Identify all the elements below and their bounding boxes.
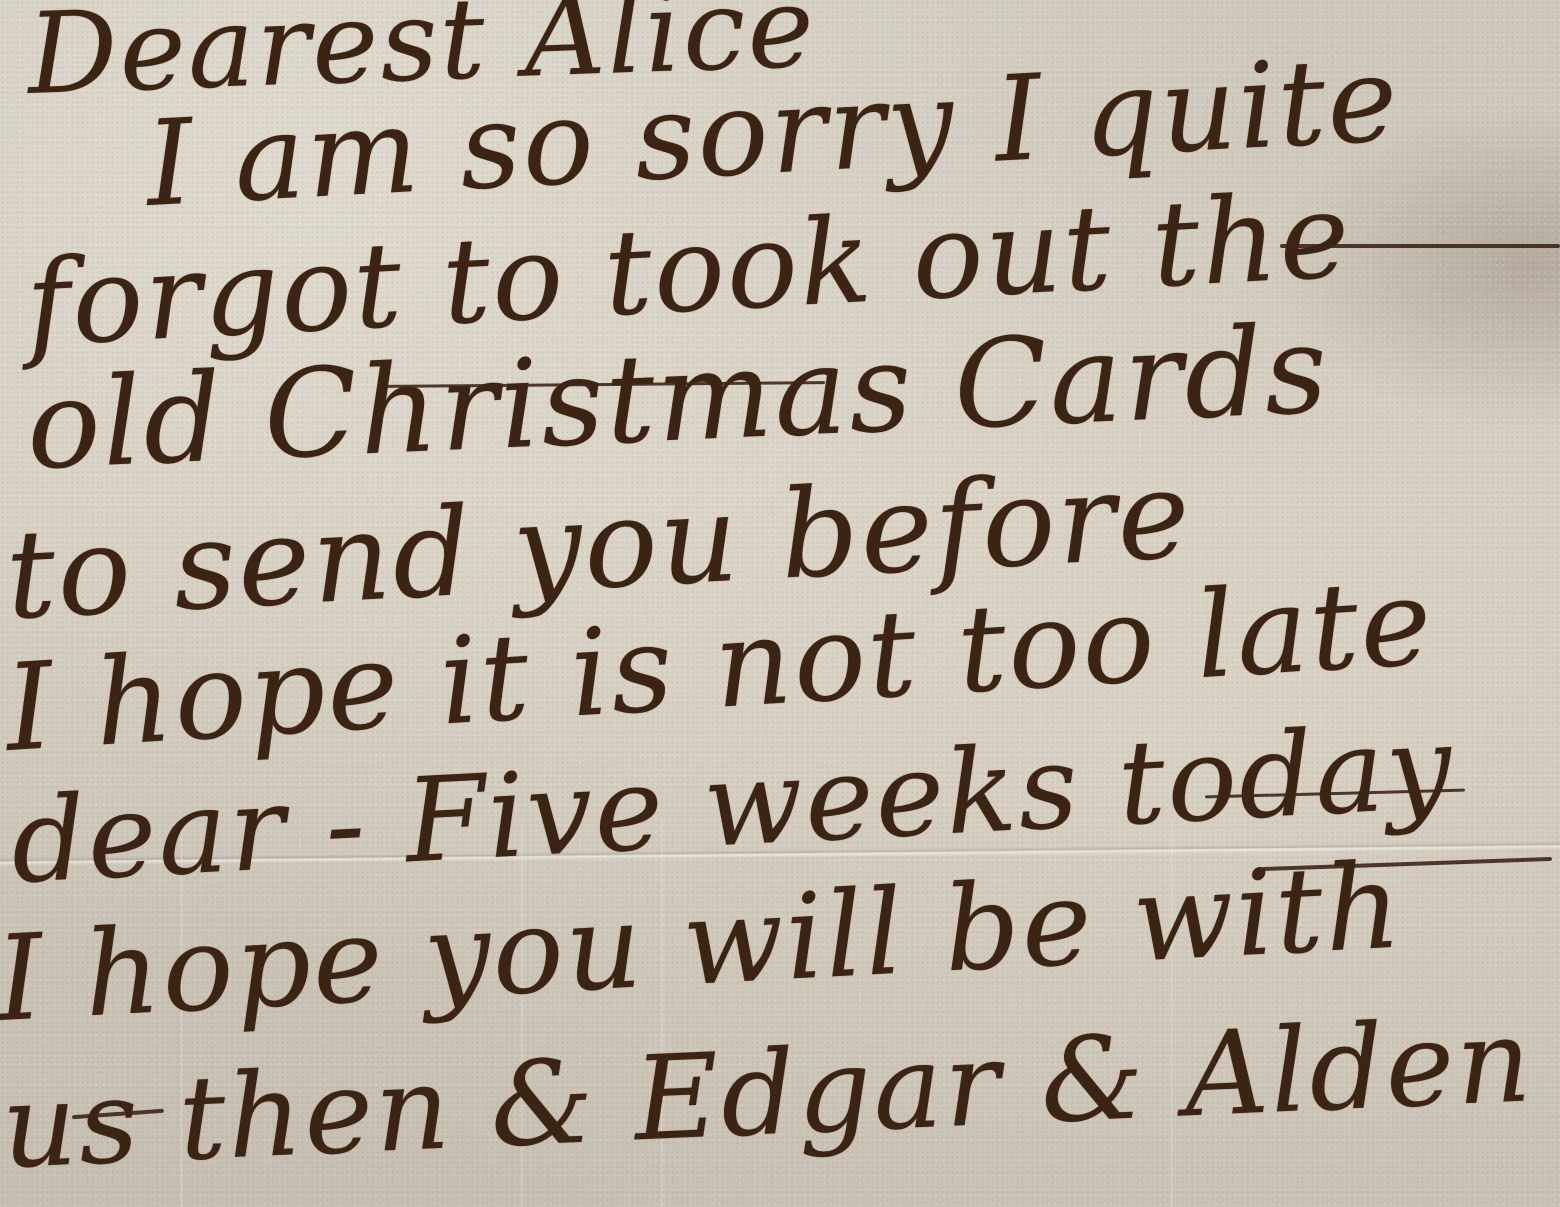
letter-paper: Dearest Alice I am so sorry I quite forg… — [0, 0, 1560, 1207]
t-crossbar — [1280, 244, 1560, 248]
